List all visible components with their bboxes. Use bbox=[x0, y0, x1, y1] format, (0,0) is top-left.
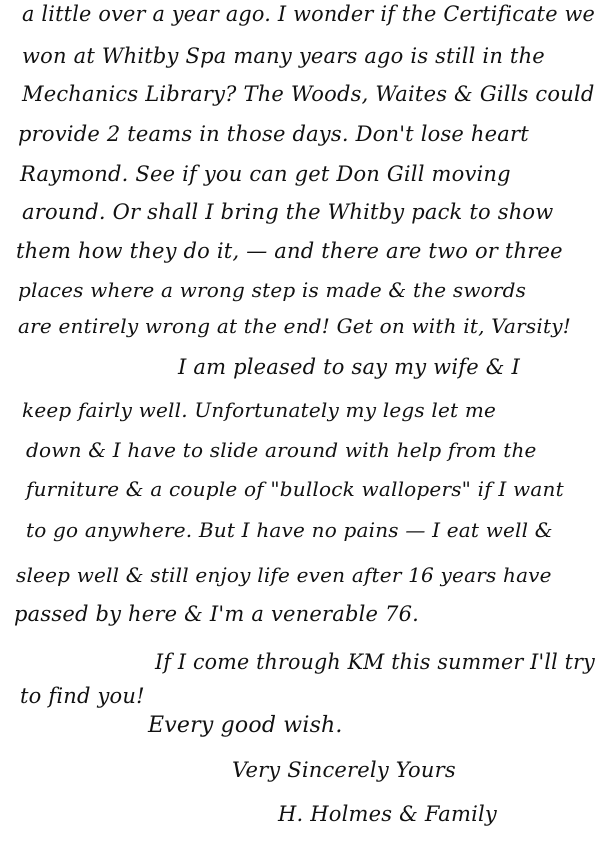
letter-line: to find you! bbox=[20, 684, 145, 708]
letter-line: them how they do it, — and there are two… bbox=[16, 239, 563, 263]
letter-line: I am pleased to say my wife & I bbox=[178, 355, 520, 379]
letter-line: provide 2 teams in those days. Don't los… bbox=[18, 122, 529, 146]
letter-line: a little over a year ago. I wonder if th… bbox=[22, 2, 595, 26]
letter-line: furniture & a couple of "bullock wallope… bbox=[26, 477, 564, 501]
letter-line: keep fairly well. Unfortunately my legs … bbox=[22, 398, 496, 422]
letter-line: are entirely wrong at the end! Get on wi… bbox=[18, 314, 571, 338]
valediction: Very Sincerely Yours bbox=[232, 758, 456, 782]
letter-line: won at Whitby Spa many years ago is stil… bbox=[22, 44, 545, 68]
letter-line: Raymond. See if you can get Don Gill mov… bbox=[20, 162, 511, 186]
signature: H. Holmes & Family bbox=[278, 802, 497, 826]
letter-line: passed by here & I'm a venerable 76. bbox=[14, 602, 419, 626]
letter-line: Mechanics Library? The Woods, Waites & G… bbox=[22, 82, 595, 106]
letter-page: a little over a year ago. I wonder if th… bbox=[0, 0, 600, 845]
letter-line: around. Or shall I bring the Whitby pack… bbox=[22, 200, 553, 224]
letter-line: sleep well & still enjoy life even after… bbox=[16, 563, 552, 587]
closing-line: Every good wish. bbox=[148, 713, 343, 738]
letter-line: down & I have to slide around with help … bbox=[26, 438, 537, 462]
letter-line: If I come through KM this summer I'll tr… bbox=[155, 650, 595, 674]
letter-line: places where a wrong step is made & the … bbox=[18, 278, 526, 302]
letter-line: to go anywhere. But I have no pains — I … bbox=[26, 518, 553, 542]
